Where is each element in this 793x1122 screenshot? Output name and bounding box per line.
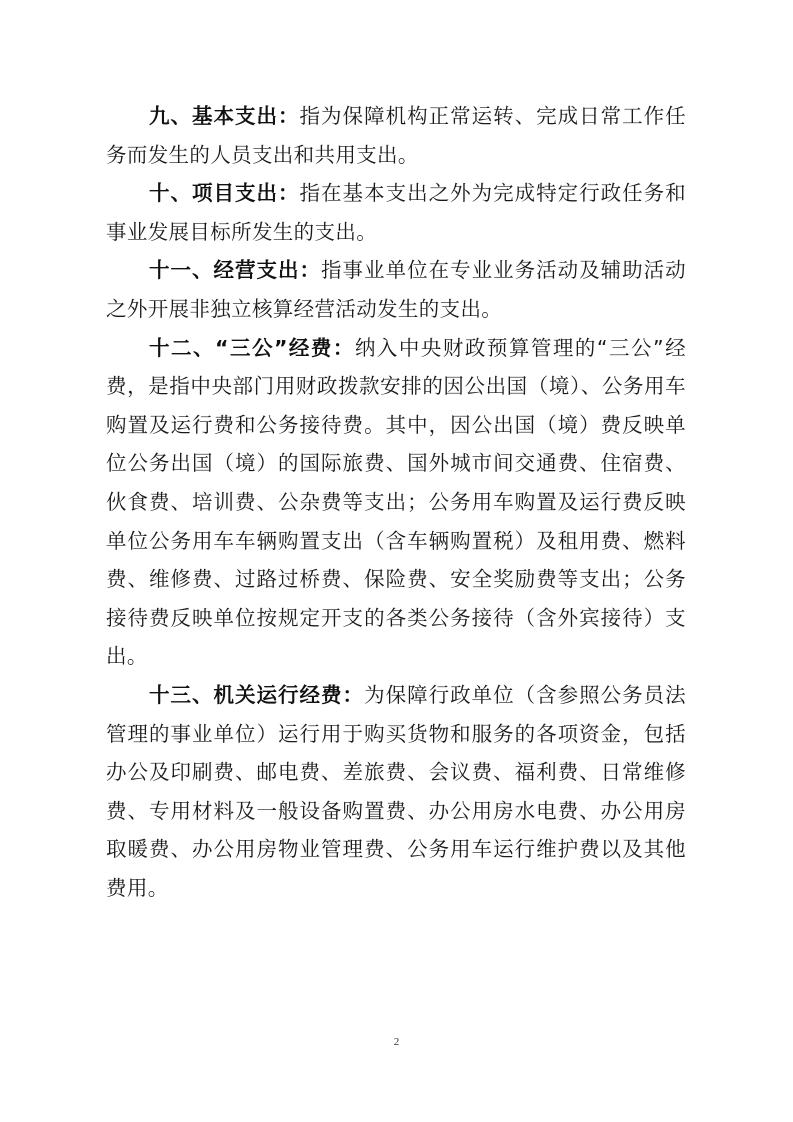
definition-text: 为保障行政单位（含参照公务员法管理的事业单位）运行用于购买货物和服务的各项资金，…	[106, 683, 686, 900]
definition-three-public-expenses: 十二、“三公”经费：纳入中央财政预算管理的“三公”经费，是指中央部门用财政拨款安…	[106, 329, 686, 676]
page-number: 2	[0, 1036, 793, 1048]
term-label: 十一、经营支出：	[149, 258, 321, 282]
term-label: 十三、机关运行经费：	[149, 683, 364, 707]
definition-agency-operating-funds: 十三、机关运行经费：为保障行政单位（含参照公务员法管理的事业单位）运行用于购买货…	[106, 676, 686, 908]
document-body: 九、基本支出：指为保障机构正常运转、完成日常工作任务而发生的人员支出和共用支出。…	[106, 97, 686, 907]
definition-text: 纳入中央财政预算管理的“三公”经费，是指中央部门用财政拨款安排的因公出国（境）、…	[106, 336, 686, 669]
term-label: 九、基本支出：	[149, 104, 300, 128]
definition-project-expenditure: 十、项目支出：指在基本支出之外为完成特定行政任务和事业发展目标所发生的支出。	[106, 174, 686, 251]
term-label: 十、项目支出：	[149, 181, 300, 205]
document-page: 九、基本支出：指为保障机构正常运转、完成日常工作任务而发生的人员支出和共用支出。…	[0, 0, 793, 1122]
term-label: 十二、“三公”经费：	[149, 336, 355, 360]
definition-operating-expenditure: 十一、经营支出：指事业单位在专业业务活动及辅助活动之外开展非独立核算经营活动发生…	[106, 251, 686, 328]
definition-basic-expenditure: 九、基本支出：指为保障机构正常运转、完成日常工作任务而发生的人员支出和共用支出。	[106, 97, 686, 174]
